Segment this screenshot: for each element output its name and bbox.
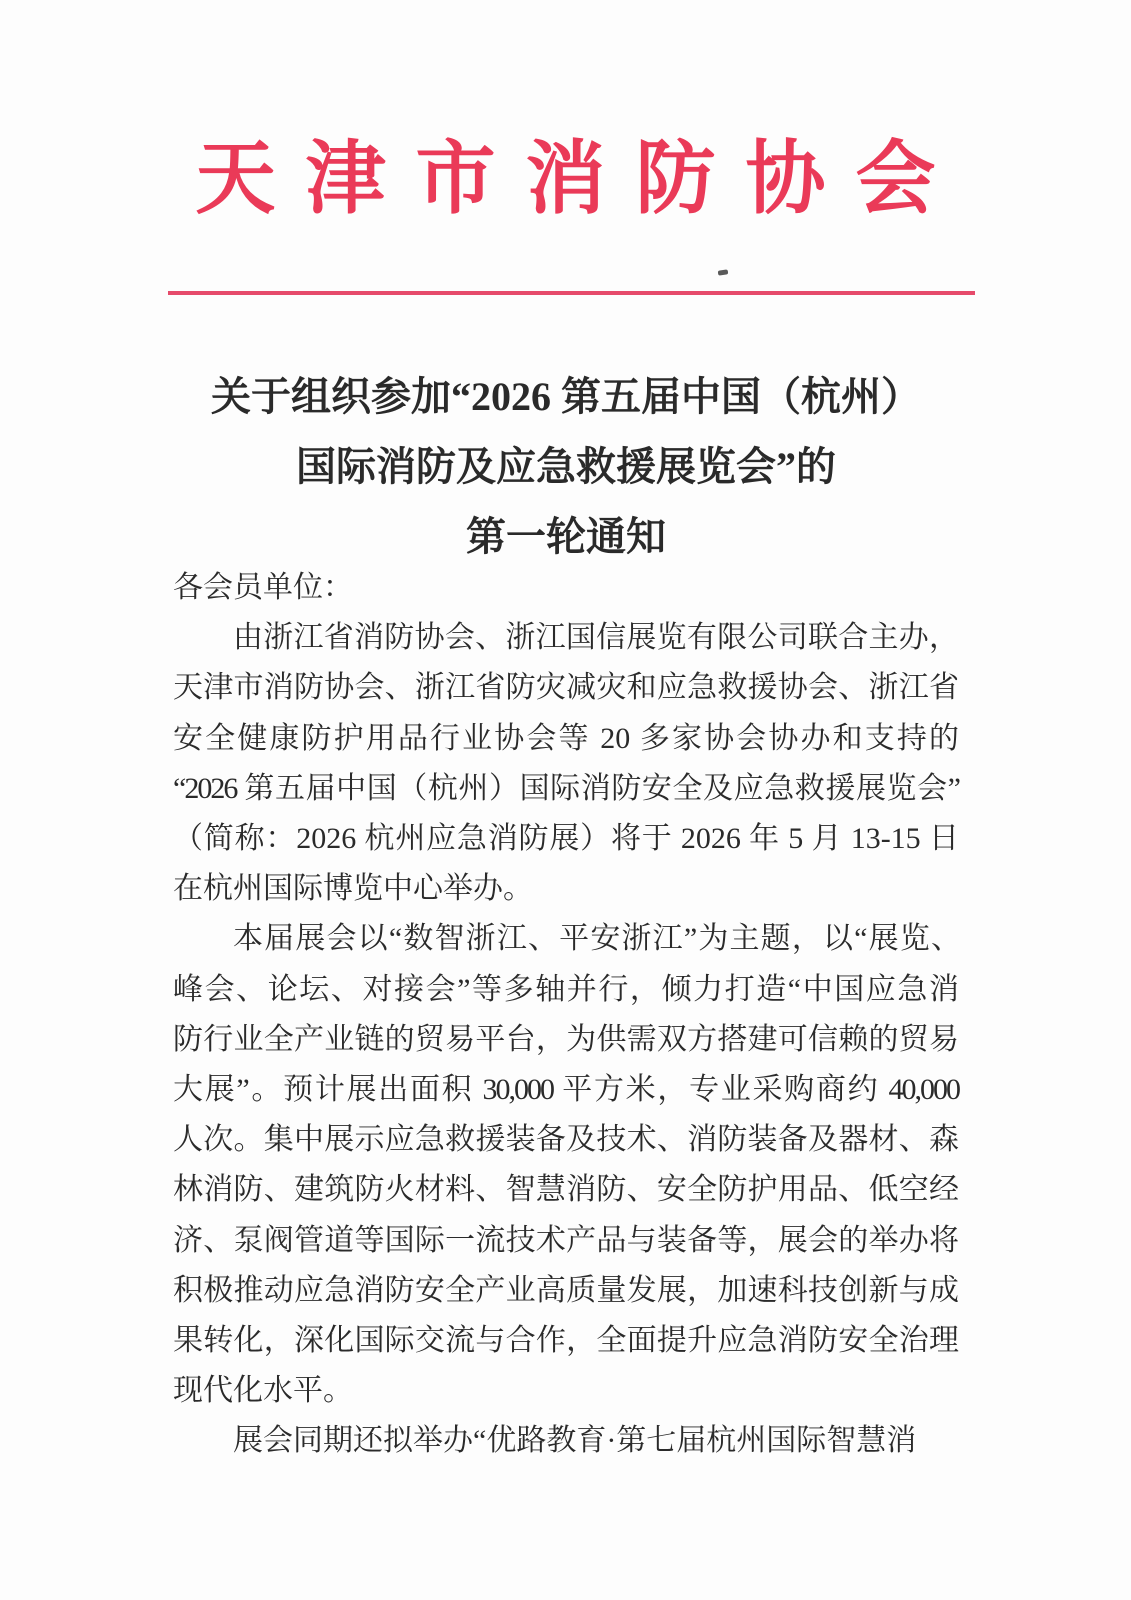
org-name: 天津市消防协会 <box>196 134 966 226</box>
body-line: 天津市消防协会、浙江省防灾减灾和应急救援协会、浙江省 <box>173 663 959 713</box>
body-line: 果转化，深化国际交流与合作，全面提升应急消防安全治理 <box>173 1316 959 1366</box>
body-line: 现代化水平。 <box>173 1366 959 1416</box>
body-line: 由浙江省消防协会、浙江国信展览有限公司联合主办， <box>173 613 959 663</box>
body-line: 林消防、建筑防火材料、智慧消防、安全防护用品、低空经 <box>173 1165 959 1215</box>
body-line: 本届展会以“数智浙江、平安浙江”为主题，以“展览、 <box>173 914 959 964</box>
body-line: 大展”。预计展出面积 30,000 平方米，专业采购商约 40,000 <box>173 1065 959 1115</box>
body-line: 峰会、论坛、对接会”等多轴并行，倾力打造“中国应急消 <box>173 965 959 1015</box>
body-line: 防行业全产业链的贸易平台，为供需双方搭建可信赖的贸易 <box>173 1015 959 1065</box>
body-line: “2026 第五届中国（杭州）国际消防安全及应急救援展览会” <box>173 764 959 814</box>
body-line: 积极推动应急消防安全产业高质量发展，加速科技创新与成 <box>173 1266 959 1316</box>
body-line: （简称：2026 杭州应急消防展）将于 2026 年 5 月 13-15 日 <box>173 814 959 864</box>
letterhead: 天津市消防协会 <box>0 134 1131 226</box>
body-line: 人次。集中展示应急救援装备及技术、消防装备及器材、森 <box>173 1115 959 1165</box>
letterhead-divider <box>168 291 975 295</box>
title-line: 关于组织参加“2026 第五届中国（杭州） <box>173 362 959 432</box>
body-line: 在杭州国际博览中心举办。 <box>173 864 959 914</box>
scan-artifact-dot <box>718 269 729 275</box>
body-line: 各会员单位： <box>173 563 959 613</box>
document-title: 关于组织参加“2026 第五届中国（杭州）国际消防及应急救援展览会”的第一轮通知 <box>173 362 959 572</box>
title-line: 第一轮通知 <box>173 502 959 572</box>
body-line: 安全健康防护用品行业协会等 20 多家协会协办和支持的 <box>173 714 959 764</box>
body-line: 展会同期还拟举办“优路教育·第七届杭州国际智慧消 <box>173 1416 959 1466</box>
title-line: 国际消防及应急救援展览会”的 <box>173 432 959 502</box>
document-page: 天津市消防协会 关于组织参加“2026 第五届中国（杭州）国际消防及应急救援展览… <box>0 0 1131 1600</box>
body-line: 济、泵阀管道等国际一流技术产品与装备等，展会的举办将 <box>173 1216 959 1266</box>
document-body: 各会员单位：由浙江省消防协会、浙江国信展览有限公司联合主办，天津市消防协会、浙江… <box>173 563 959 1467</box>
